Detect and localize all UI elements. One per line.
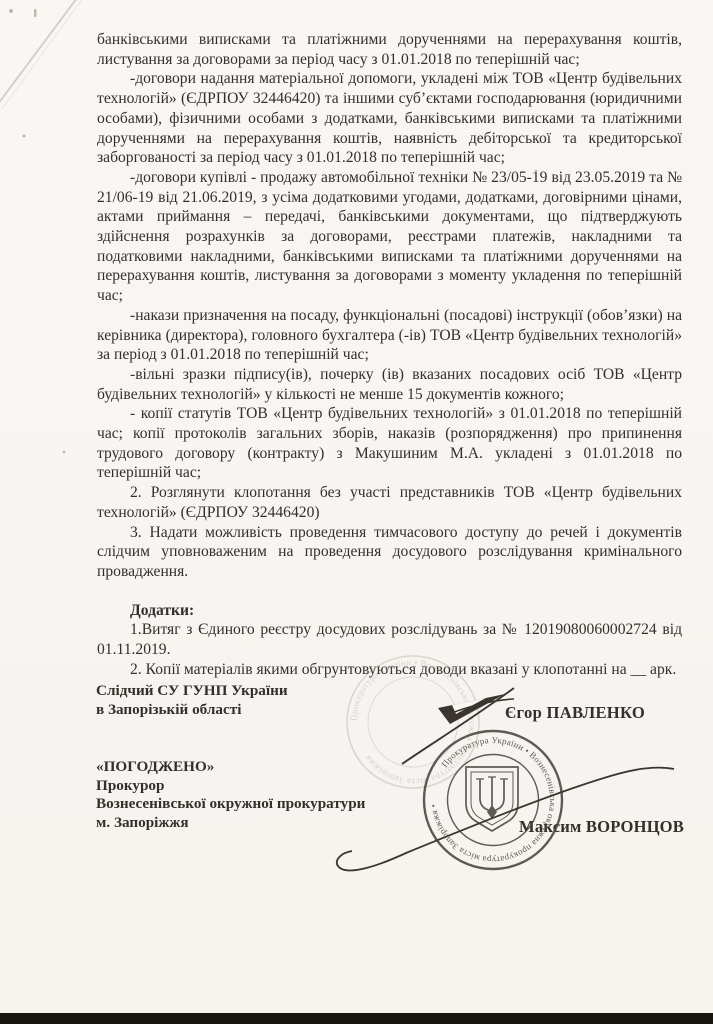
body-paragraph-7: 2. Розглянути клопотання без участі пред… — [97, 483, 682, 522]
investigator-signature — [402, 688, 514, 764]
prosecutor-title-line3: м. Запоріжжя — [96, 814, 365, 833]
seal-ring-text: Прокуратура України • Вознесенівська окр… — [428, 735, 558, 865]
prosecutor-title-line2: Вознесенівської окружної прокуратури — [96, 795, 365, 814]
body-paragraph-3: -договори купівлі - продажу автомобільно… — [97, 168, 682, 306]
prosecutor-name: Максим ВОРОНЦОВ — [519, 817, 684, 837]
svg-text:Прокуратура України • Вознесен: Прокуратура України • Вознесенівська окр… — [428, 735, 558, 865]
approved-label: «ПОГОДЖЕНО» — [96, 758, 365, 777]
body-paragraph-4: -накази призначення на посаду, функціона… — [97, 306, 682, 365]
investigator-name: Єгор ПАВЛЕНКО — [505, 703, 645, 723]
investigator-title: Слідчий СУ ГУНП України в Запорізькій об… — [96, 681, 288, 719]
prosecutor-title: «ПОГОДЖЕНО» Прокурор Вознесенівської окр… — [96, 758, 365, 832]
scan-edge-bar — [0, 1013, 713, 1024]
trident-emblem-icon — [466, 767, 518, 831]
prosecutor-title-line1: Прокурор — [96, 777, 365, 796]
body-paragraph-5: -вільні зразки підпису(ів), почерку (ів)… — [97, 365, 682, 404]
prosecutor-seal-stamp: Прокуратура України • Вознесенівська окр… — [424, 731, 562, 869]
scanned-document-page: банківськими виписками та платіжними дор… — [0, 0, 713, 1024]
investigator-title-line1: Слідчий СУ ГУНП України — [96, 681, 288, 700]
body-paragraph-6: - копії статутів ТОВ «Центр будівельних … — [97, 404, 682, 483]
body-paragraph-1: банківськими виписками та платіжними дор… — [97, 30, 682, 69]
page-crease — [0, 0, 83, 109]
document-body: банківськими виписками та платіжними дор… — [97, 30, 682, 680]
attachment-item-2: 2. Копії матеріалів якими обгрунтовуютьс… — [97, 660, 682, 680]
attachment-item-1: 1.Витяг з Єдиного реєстру досудових розс… — [97, 620, 682, 659]
attachments-heading: Додатки: — [97, 601, 682, 621]
body-paragraph-2: -договори надання матеріальної допомоги,… — [97, 69, 682, 168]
investigator-title-line2: в Запорізькій області — [96, 700, 288, 719]
body-paragraph-8: 3. Надати можливість проведення тимчасов… — [97, 523, 682, 582]
